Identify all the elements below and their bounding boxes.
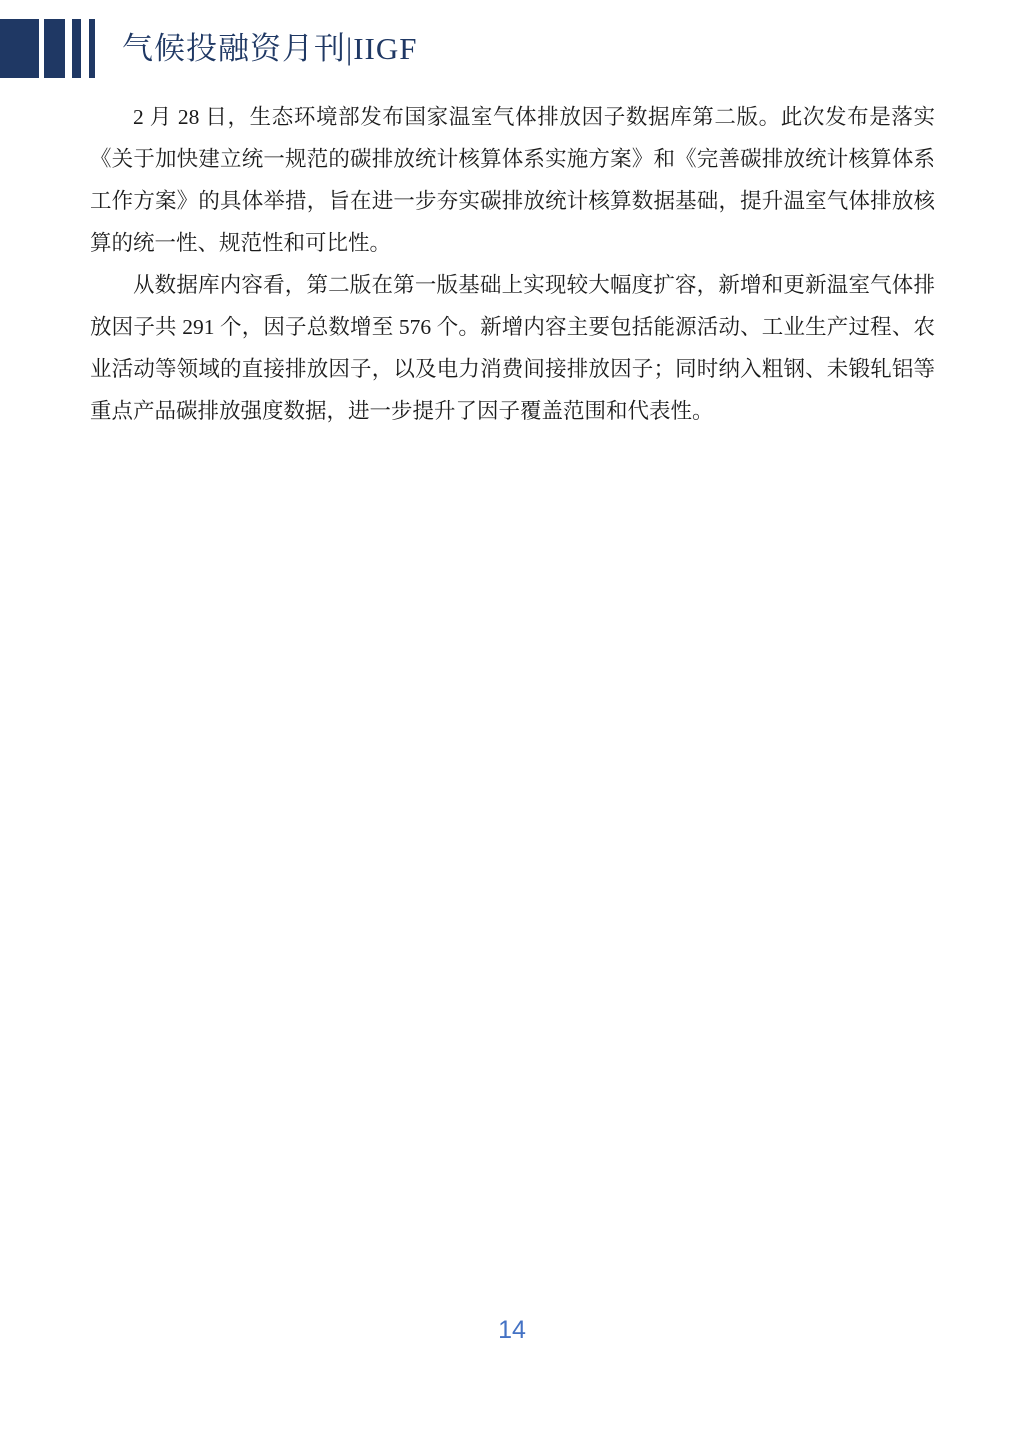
paragraph-database-release: 2 月 28 日，生态环境部发布国家温室气体排放因子数据库第二版。此次发布是落实… [90, 96, 935, 264]
logo-bar-icon [89, 19, 95, 78]
page-footer: 14 [0, 1316, 1024, 1345]
page-number: 14 [498, 1316, 526, 1344]
logo-bar-icon [72, 19, 81, 78]
article-body: 2 月 28 日，生态环境部发布国家温室气体排放因子数据库第二版。此次发布是落实… [90, 96, 935, 432]
paragraph-database-content: 从数据库内容看，第二版在第一版基础上实现较大幅度扩容，新增和更新温室气体排放因子… [90, 264, 935, 432]
logo-bar-icon [0, 19, 39, 78]
logo-bar-icon [44, 19, 65, 78]
page-header: 气候投融资月刊|IIGF [0, 19, 417, 78]
journal-title: 气候投融资月刊|IIGF [122, 19, 417, 78]
document-page: 气候投融资月刊|IIGF 2 月 28 日，生态环境部发布国家温室气体排放因子数… [0, 0, 1024, 1448]
iigf-logo-bars-icon [0, 19, 95, 78]
